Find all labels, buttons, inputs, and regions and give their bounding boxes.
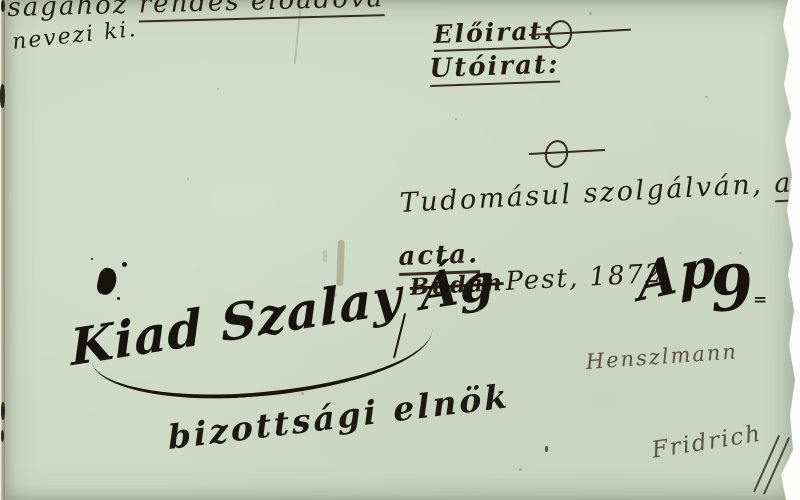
day-suffix-mark: =	[753, 290, 769, 310]
edge-ink-mark	[0, 84, 5, 108]
scanned-document: ságához rendes előadóvá nevezi ki. Előir…	[0, 0, 800, 500]
clause-top-part2: rendes előadóvá	[138, 0, 384, 23]
clause-second-line: nevezi ki.	[11, 17, 139, 55]
edge-ink-mark	[1, 402, 5, 420]
day-mark: 9	[707, 250, 758, 327]
paper-speck	[301, 392, 304, 395]
utoirat-label: Utóirat:	[429, 49, 560, 87]
disposal-note-part2: ad	[773, 166, 800, 202]
edge-ink-mark	[1, 0, 5, 12]
paper-speck	[589, 12, 592, 15]
paper-speck	[187, 178, 189, 180]
ink-speck	[545, 446, 548, 452]
signature-secretary: Henszlmann	[585, 339, 739, 374]
signature-countersign: Fridrich	[650, 421, 764, 464]
month-mark: Ap	[637, 235, 718, 314]
paper-speck	[519, 468, 522, 471]
ink-blot	[95, 266, 118, 296]
pencil-smudge	[323, 250, 327, 262]
crossed-circle-mark	[542, 138, 571, 171]
ink-blot-dot	[122, 262, 127, 267]
ink-blot-dot	[91, 258, 93, 260]
ink-blot-dot	[117, 297, 120, 300]
signature-paraph	[763, 437, 790, 494]
paper-speck	[705, 96, 708, 98]
paper-speck	[217, 88, 219, 90]
clause-top-line: ságához rendes előadóvá	[7, 0, 385, 23]
paper-sheet: ságához rendes előadóvá nevezi ki. Előir…	[5, 0, 800, 500]
edge-ink-mark	[1, 430, 4, 442]
disposal-note-part1: Tudomásul szolgálván,	[399, 168, 775, 219]
disposal-note: Tudomásul szolgálván, ad	[399, 166, 800, 219]
paper-speck	[455, 118, 457, 120]
